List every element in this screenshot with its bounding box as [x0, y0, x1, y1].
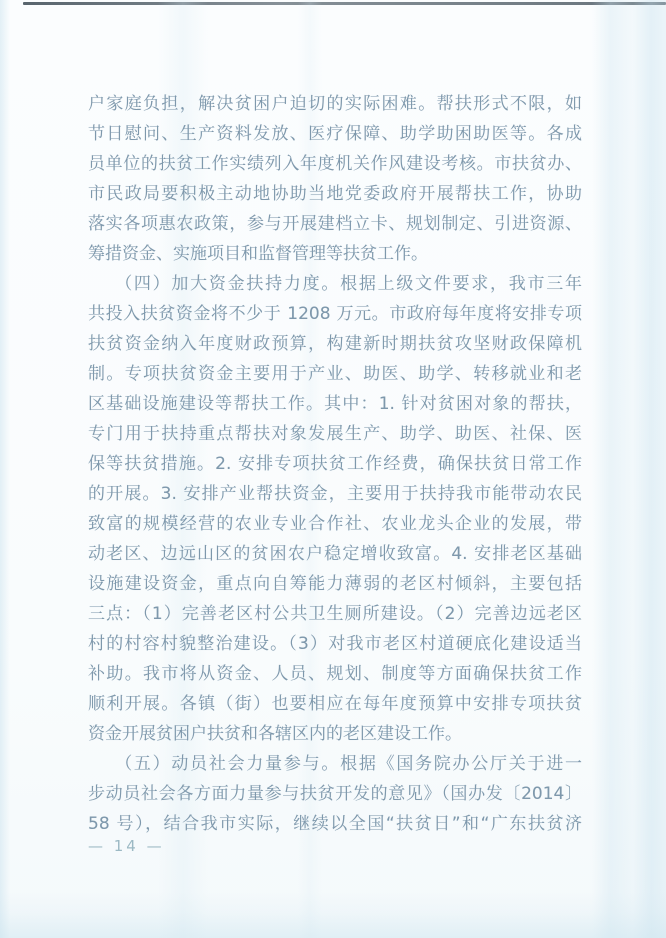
scanned-document-page: 户家庭负担，解决贫困户迫切的实际困难。帮扶形式不限，如 节日慰问、生产资料发放、…: [0, 0, 666, 938]
body-line: 补助。我市将从资金、人员、规划、制度等方面确保扶贫工作: [88, 659, 582, 689]
body-line: 制。专项扶贫资金主要用于产业、助医、助学、转移就业和老: [88, 359, 582, 389]
body-line: 顺利开展。各镇（街）也要相应在每年度预算中安排专项扶贫: [88, 689, 582, 719]
body-line: 扶贫资金纳入年度财政预算，构建新时期扶贫攻坚财政保障机: [88, 329, 582, 359]
scan-streak-left: [0, 0, 10, 938]
body-line: 筹措资金、实施项目和监督管理等扶贫工作。: [88, 239, 582, 269]
document-body: 户家庭负担，解决贫困户迫切的实际困难。帮扶形式不限，如 节日慰问、生产资料发放、…: [88, 89, 582, 839]
body-line: 节日慰问、生产资料发放、医疗保障、助学助困助医等。各成: [88, 119, 582, 149]
body-line: 落实各项惠农政策，参与开展建档立卡、规划制定、引进资源、: [88, 209, 582, 239]
body-line: 专门用于扶持重点帮扶对象发展生产、助学、助医、社保、医: [88, 419, 582, 449]
body-line: 步动员社会各方面力量参与扶贫开发的意见》（国办发〔2014〕: [88, 779, 582, 809]
paragraph-continuation: 户家庭负担，解决贫困户迫切的实际困难。帮扶形式不限，如 节日慰问、生产资料发放、…: [88, 89, 582, 269]
body-line: （五）动员社会力量参与。根据《国务院办公厅关于进一: [88, 749, 582, 779]
body-line: 区基础设施建设等帮扶工作。其中：1. 针对贫困对象的帮扶，: [88, 389, 582, 419]
body-line: 三点：（1）完善老区村公共卫生厕所建设。（2）完善边远老区: [88, 599, 582, 629]
body-line: 动老区、边远山区的贫困农户稳定增收致富。4. 安排老区基础: [88, 539, 582, 569]
paragraph-section-five: （五）动员社会力量参与。根据《国务院办公厅关于进一 步动员社会各方面力量参与扶贫…: [88, 749, 582, 839]
body-line: 的开展。3. 安排产业帮扶资金，主要用于扶持我市能带动农民: [88, 479, 582, 509]
body-line: 村的村容村貌整治建设。（3）对我市老区村道硬底化建设适当: [88, 629, 582, 659]
scan-streak-right: [592, 0, 666, 938]
scan-top-edge-line: [23, 2, 666, 5]
body-line: 员单位的扶贫工作实绩列入年度机关作风建设考核。市扶贫办、: [88, 149, 582, 179]
paragraph-section-four: （四）加大资金扶持力度。根据上级文件要求，我市三年 共投入扶贫资金将不少于 12…: [88, 269, 582, 749]
body-line: 资金开展贫困户扶贫和各辖区内的老区建设工作。: [88, 719, 582, 749]
body-line: 致富的规模经营的农业专业合作社、农业龙头企业的发展，带: [88, 509, 582, 539]
body-line: 户家庭负担，解决贫困户迫切的实际困难。帮扶形式不限，如: [88, 89, 582, 119]
body-line: 设施建设资金，重点向自筹能力薄弱的老区村倾斜，主要包括: [88, 569, 582, 599]
body-line: 保等扶贫措施。2. 安排专项扶贫工作经费，确保扶贫日常工作: [88, 449, 582, 479]
body-line: 共投入扶贫资金将不少于 1208 万元。市政府每年度将安排专项: [88, 299, 582, 329]
scan-streak-bottom: [0, 892, 666, 938]
page-number: — 14 —: [88, 835, 165, 857]
body-line: （四）加大资金扶持力度。根据上级文件要求，我市三年: [88, 269, 582, 299]
body-line: 市民政局要积极主动地协助当地党委政府开展帮扶工作，协助: [88, 179, 582, 209]
